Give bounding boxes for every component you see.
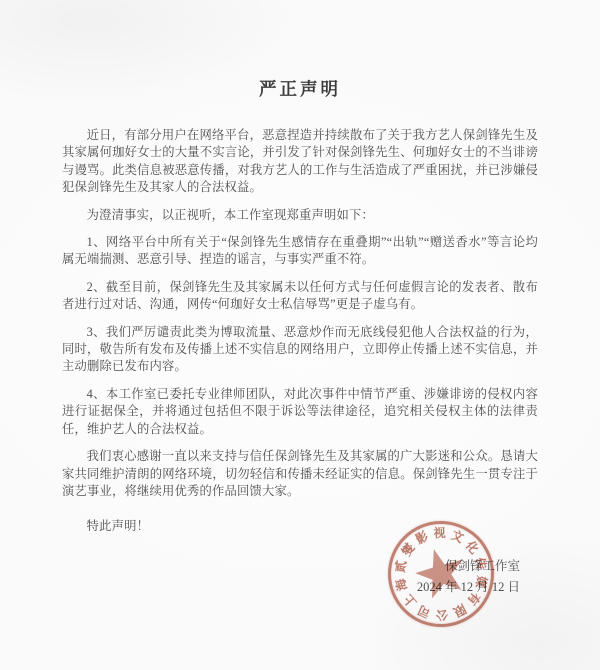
seal-arc-char: 传 <box>472 555 489 572</box>
company-seal-stamp: 上海贰燮影视文化传媒有限公司 <box>375 508 507 640</box>
seal-arc-char: 有 <box>464 589 484 609</box>
statement-title: 严正声明 <box>62 76 538 101</box>
statement-paragraph-thanks: 我们衷心感谢一直以来支持与信任保剑锋先生及其家属的广大影迷和公众。恳请大家共同维… <box>62 448 538 500</box>
seal-arc-text: 上海贰燮影视文化传媒有限公司 <box>375 508 507 640</box>
statement-document: 严正声明 近日，有部分用户在网络平台，恶意捏造并持续散布了关于我方艺人保剑锋先生… <box>0 0 600 670</box>
seal-arc-char: 燮 <box>398 540 418 560</box>
statement-paragraph-item-2: 2、截至目前，保剑锋先生及其家属未以任何方式与任何虚假言论的发表者、散布者进行过… <box>62 279 538 314</box>
statement-body: 近日，有部分用户在网络平台，恶意捏造并持续散布了关于我方艺人保剑锋先生及其家属何… <box>62 127 538 536</box>
seal-arc-char: 视 <box>432 526 446 540</box>
seal-arc-char: 媒 <box>473 574 489 590</box>
seal-arc-char: 海 <box>393 576 410 593</box>
seal-arc-char: 化 <box>462 538 482 558</box>
seal-arc-char: 影 <box>412 528 431 547</box>
seal-arc-char: 文 <box>448 527 466 545</box>
seal-arc-char: 公 <box>435 608 449 622</box>
seal-arc-char: 司 <box>415 602 434 621</box>
statement-paragraph-lead-in: 为澄清事实，以正视听，本工作室现郑重声明如下： <box>62 207 538 224</box>
statement-paragraph-item-1: 1、网络平台中所有关于“保剑锋先生感情存在重叠期”“出轨”“赠送香水”等言论均属… <box>62 234 538 269</box>
statement-paragraph-item-3: 3、我们严厉谴责此类为博取流量、恶意炒作而无底线侵犯他人合法权益的行为，同时，敬… <box>62 324 538 376</box>
seal-arc-char: 贰 <box>393 558 409 574</box>
seal-arc-char: 限 <box>450 601 469 620</box>
statement-paragraph-intro: 近日，有部分用户在网络平台，恶意捏造并持续散布了关于我方艺人保剑锋先生及其家属何… <box>62 127 538 197</box>
statement-paragraph-item-4: 4、本工作室已委托专业律师团队，对此次事件中情节严重、涉嫌诽谤的侵权内容进行证据… <box>62 386 538 438</box>
